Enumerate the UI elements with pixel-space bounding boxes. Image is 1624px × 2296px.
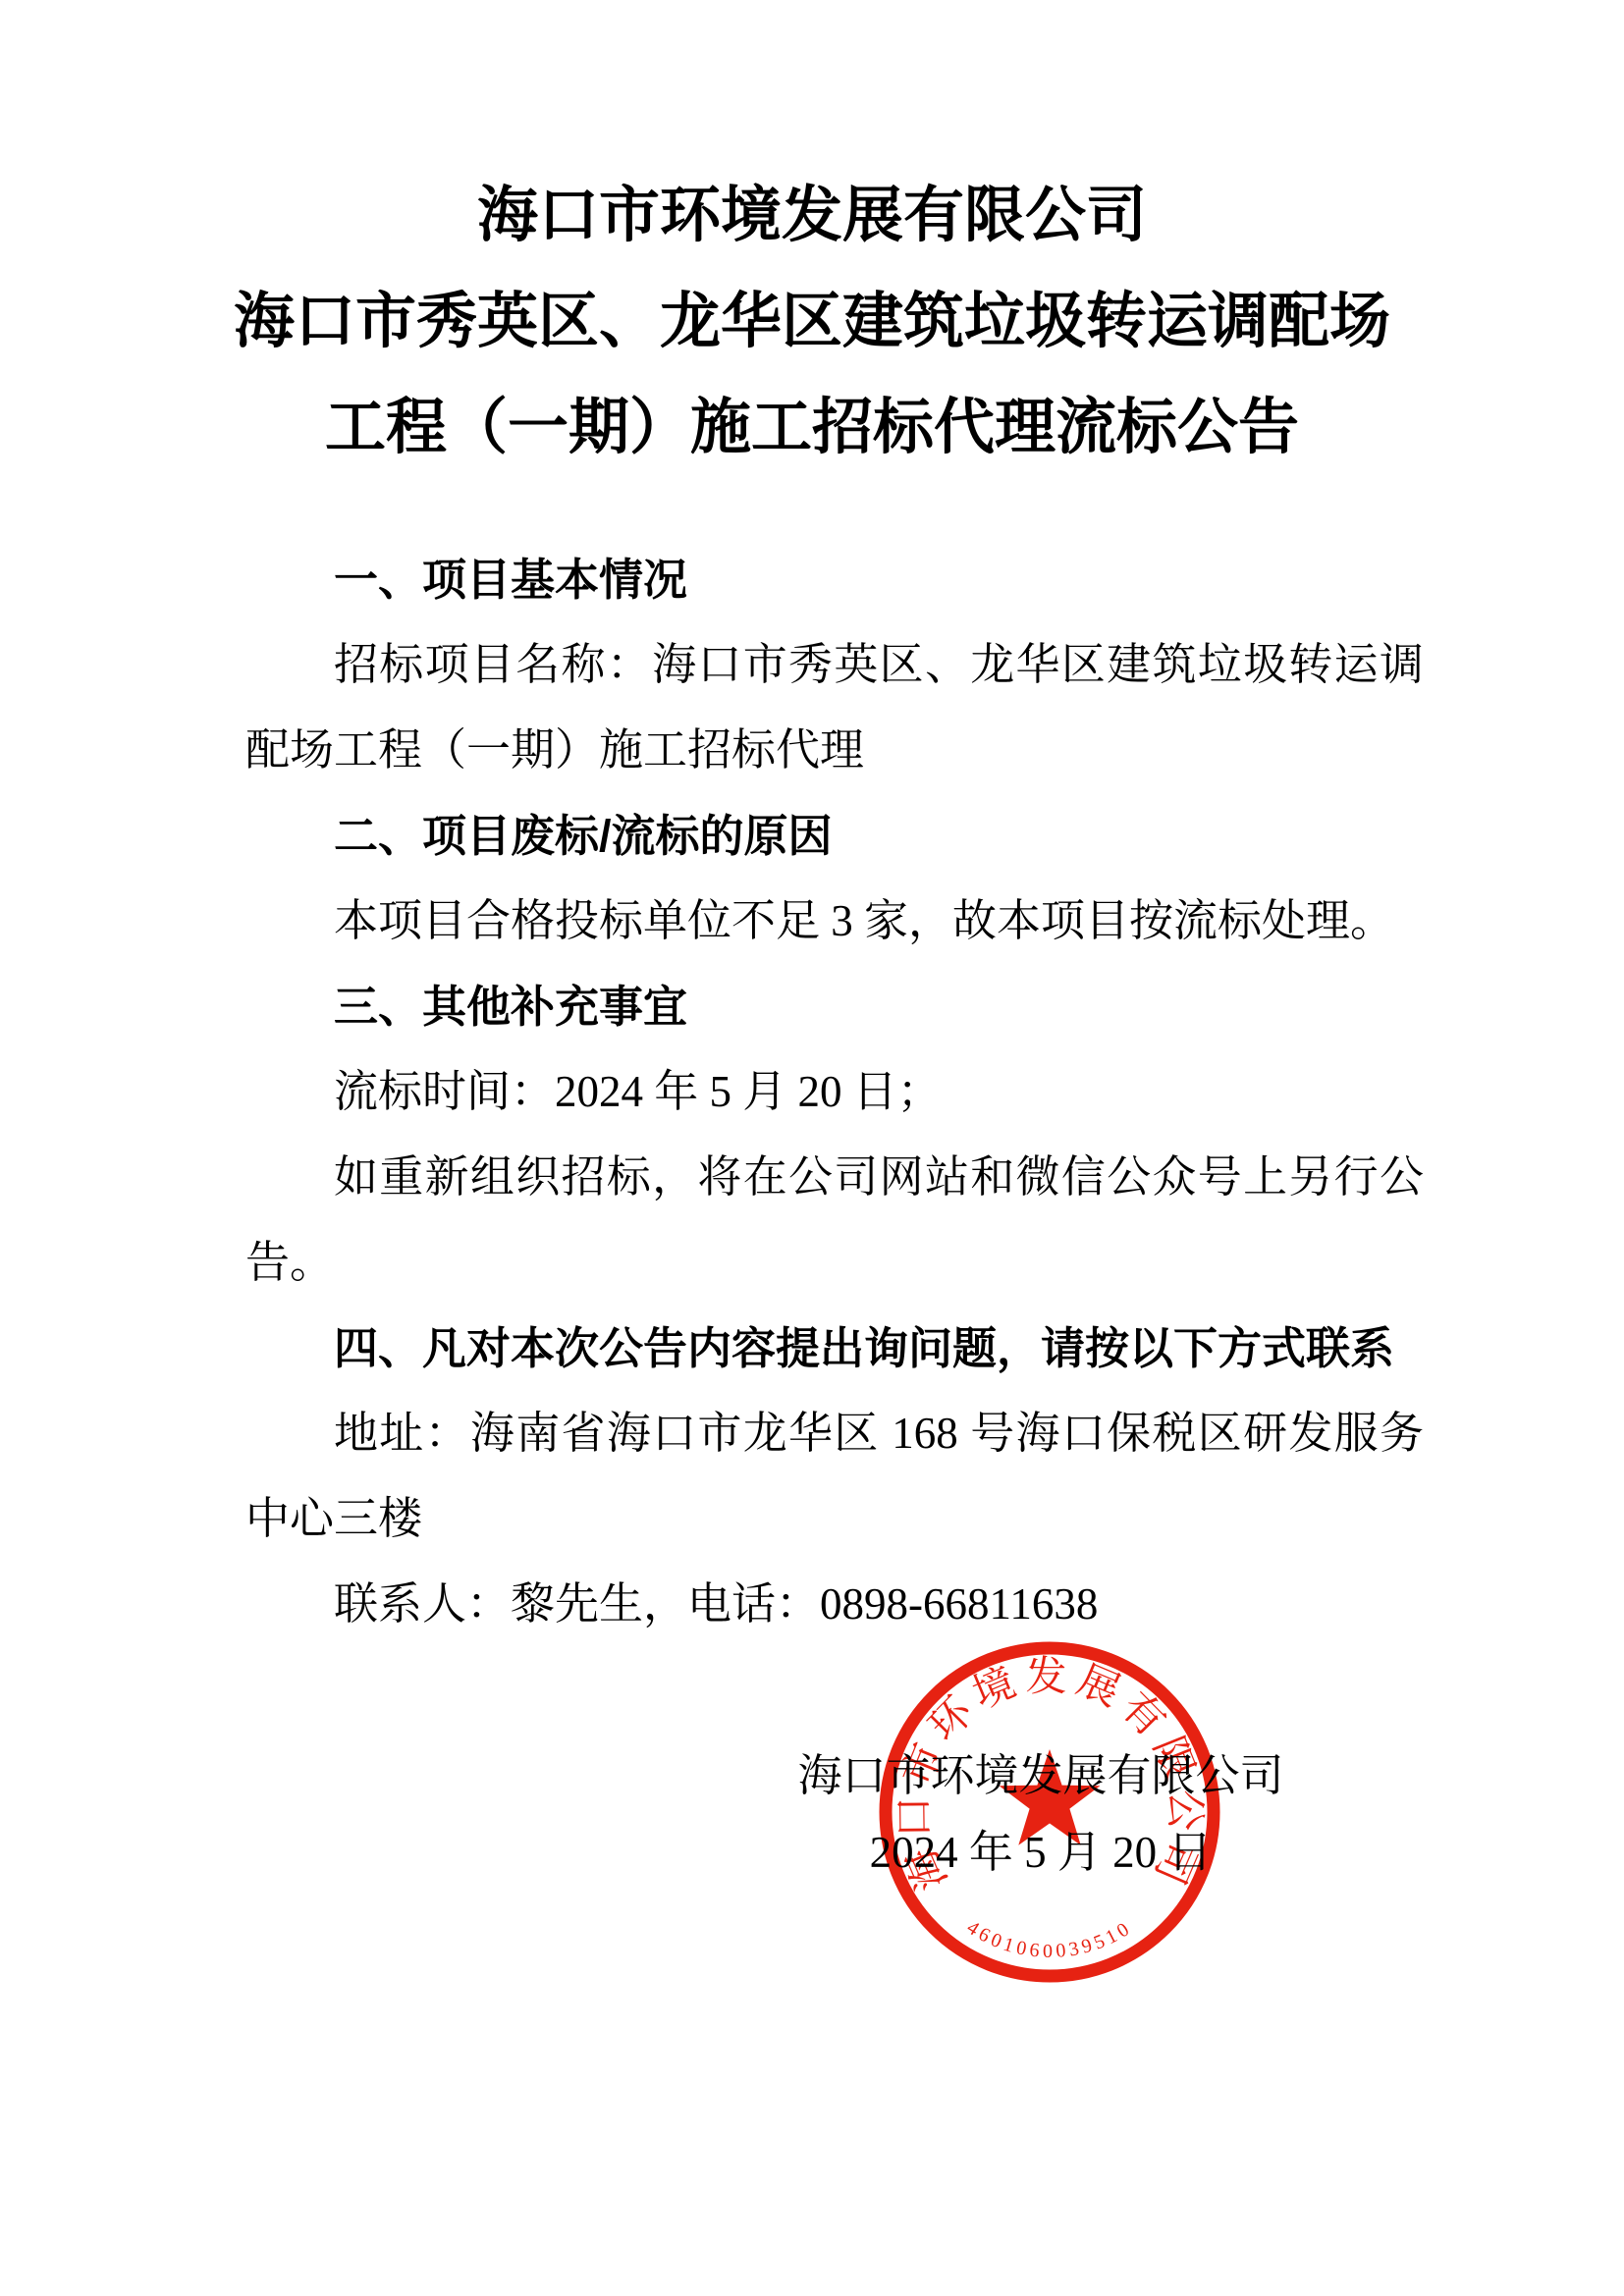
seal-serial-text-path: 4601060039510 <box>963 1917 1136 1962</box>
company-seal: 海口市环境发展有限公司 4601060039510 <box>863 1626 1236 1999</box>
section-4-paragraph-1: 地址：海南省海口市龙华区 168 号海口保税区研发服务中心三楼 <box>245 1391 1424 1562</box>
seal-serial: 4601060039510 <box>963 1917 1136 1962</box>
section-4-paragraph-2: 联系人：黎先生，电话：0898-66811638 <box>245 1562 1424 1647</box>
document-body: 一、项目基本情况 招标项目名称：海口市秀英区、龙华区建筑垃圾转运调配场工程（一期… <box>245 537 1424 1891</box>
section-4-heading: 四、凡对本次公告内容提出询问题，请按以下方式联系 <box>245 1306 1424 1391</box>
section-3-heading: 三、其他补充事宜 <box>245 964 1424 1049</box>
page-title-line-1: 海口市环境发展有限公司 <box>0 163 1624 269</box>
page-title-line-3: 工程（一期）施工招标代理流标公告 <box>0 375 1624 481</box>
document-page: 海口市环境发展有限公司 海口市秀英区、龙华区建筑垃圾转运调配场 工程（一期）施工… <box>0 0 1624 2296</box>
document-title: 海口市环境发展有限公司 海口市秀英区、龙华区建筑垃圾转运调配场 工程（一期）施工… <box>0 0 1624 481</box>
page-title-line-2: 海口市秀英区、龙华区建筑垃圾转运调配场 <box>0 269 1624 375</box>
section-1-paragraph-1: 招标项目名称：海口市秀英区、龙华区建筑垃圾转运调配场工程（一期）施工招标代理 <box>245 622 1424 793</box>
section-1-heading: 一、项目基本情况 <box>245 537 1424 622</box>
section-3-paragraph-1: 流标时间：2024 年 5 月 20 日； <box>245 1049 1424 1135</box>
section-2-heading: 二、项目废标/流标的原因 <box>245 793 1424 879</box>
section-3-paragraph-2: 如重新组织招标，将在公司网站和微信公众号上另行公告。 <box>245 1135 1424 1306</box>
section-2-paragraph-1: 本项目合格投标单位不足 3 家，故本项目按流标处理。 <box>245 879 1424 964</box>
seal-star-icon <box>1000 1749 1101 1845</box>
